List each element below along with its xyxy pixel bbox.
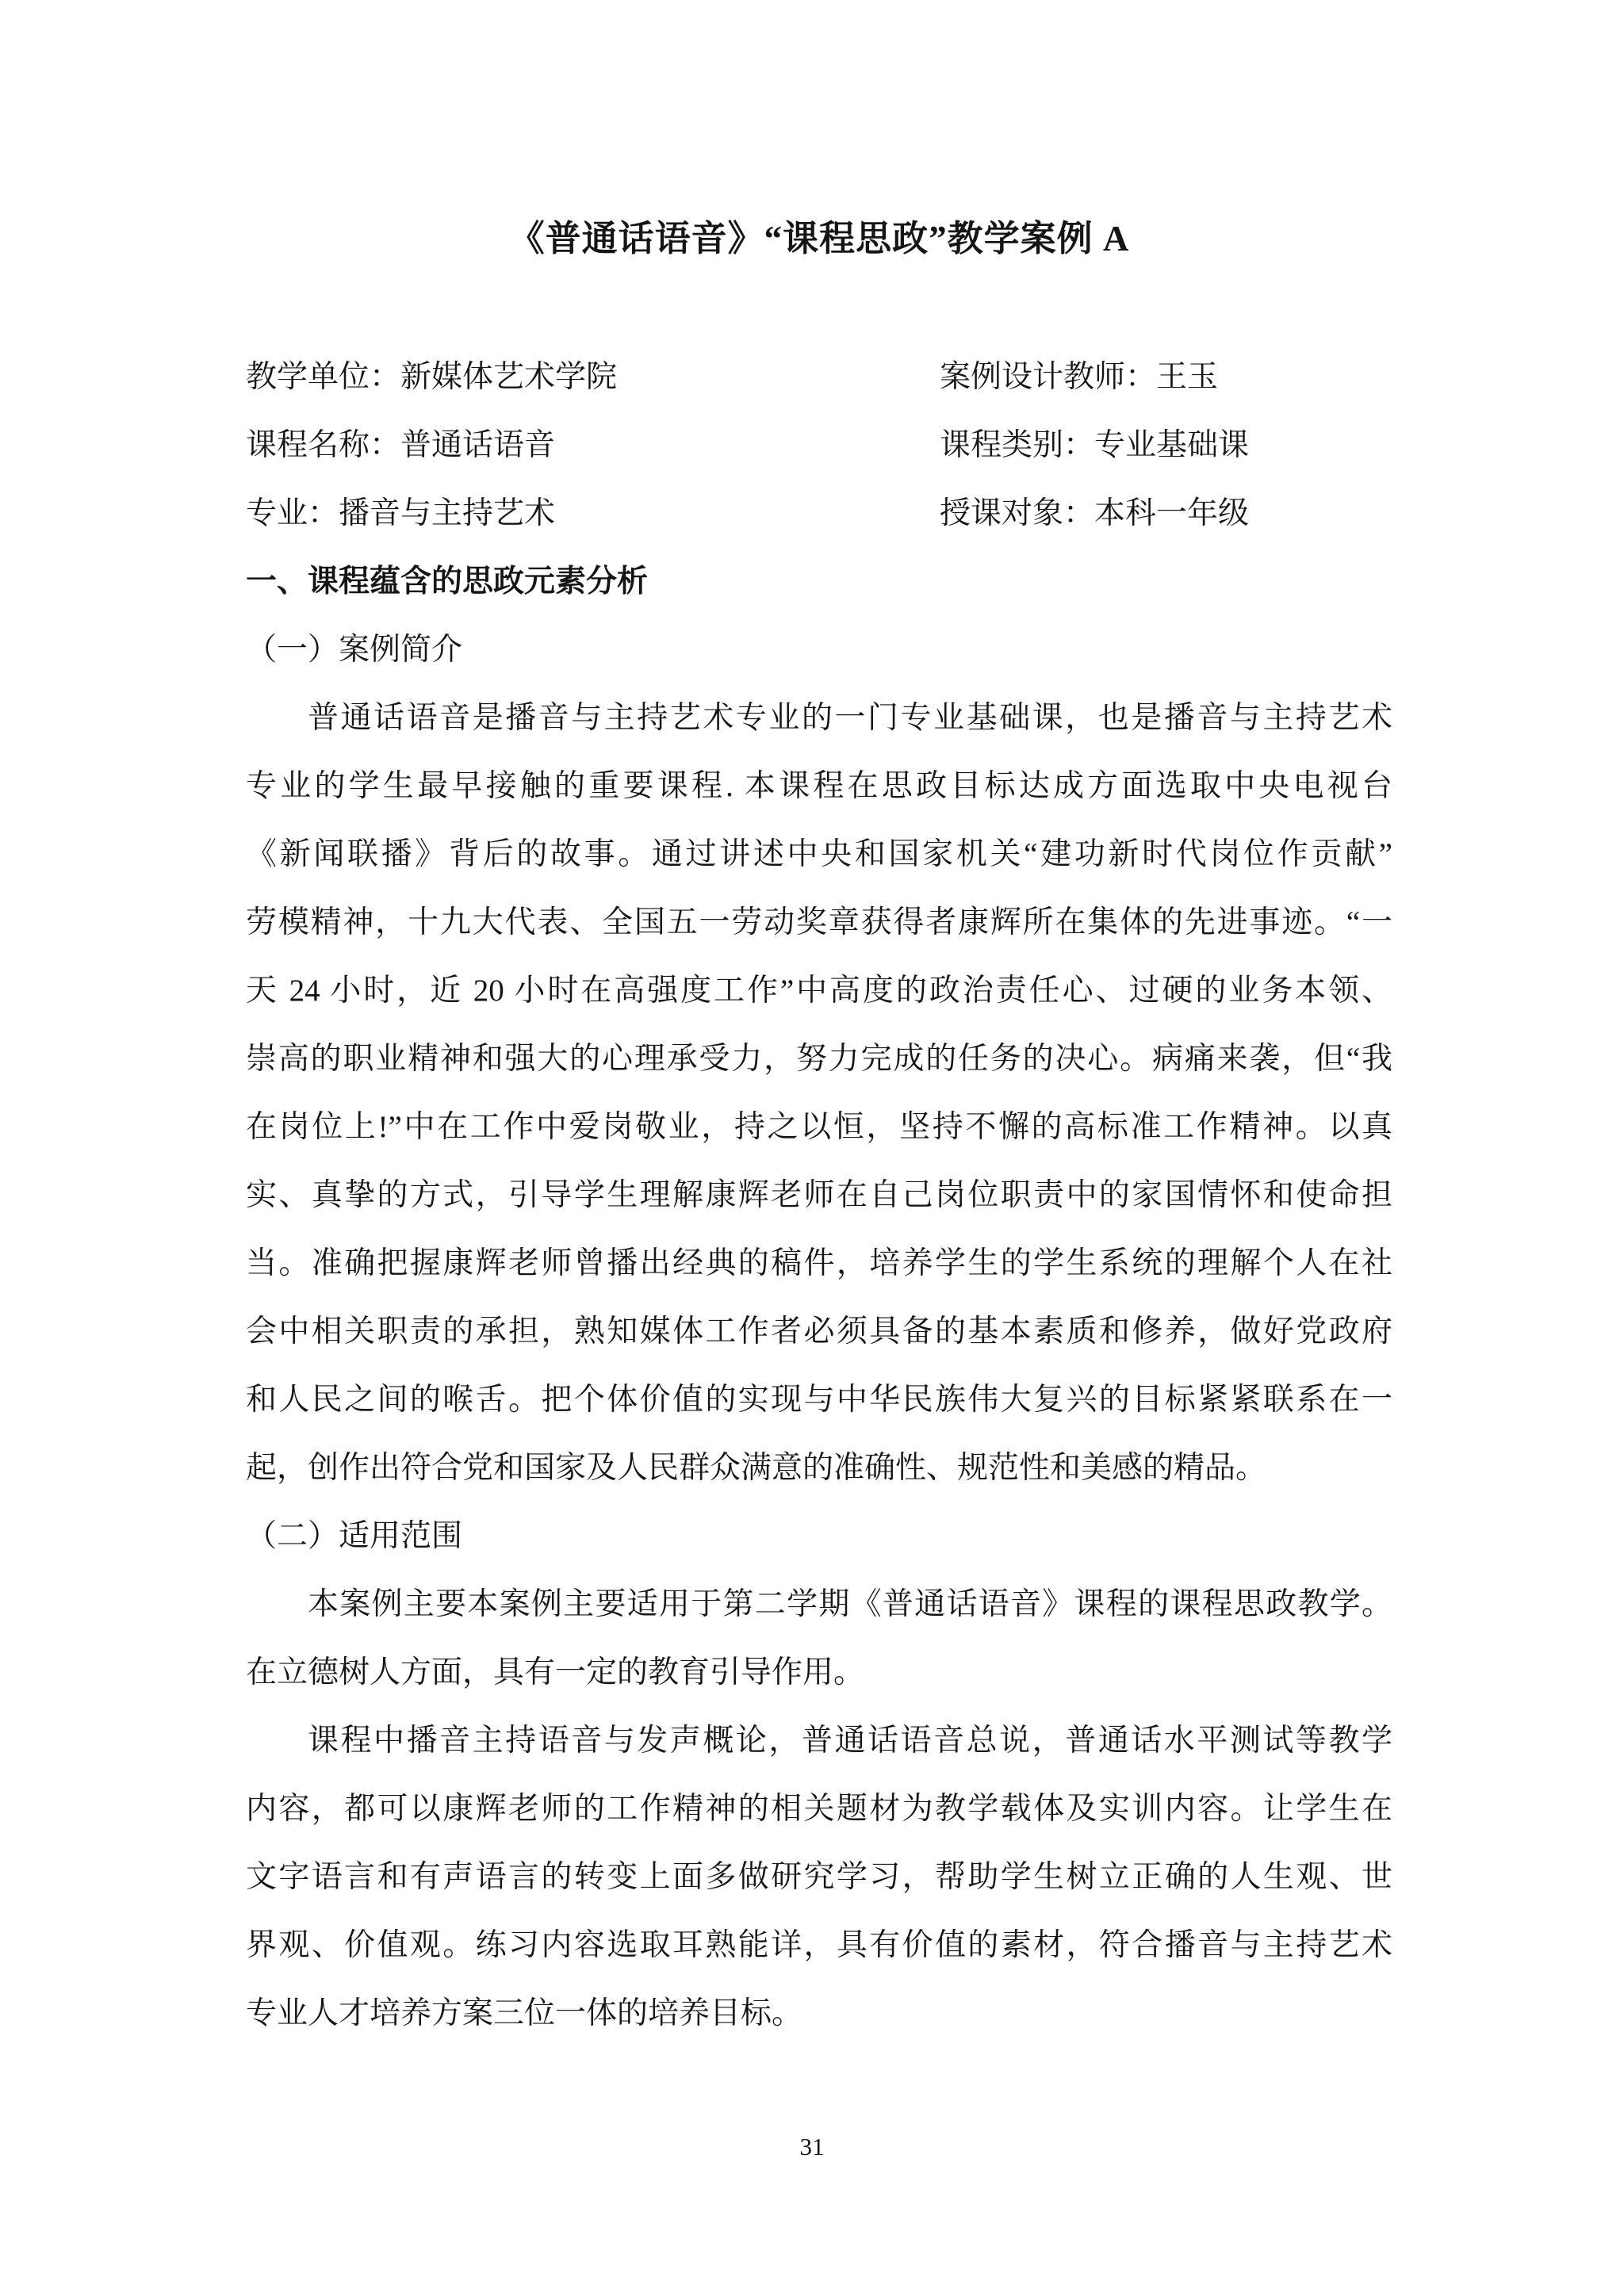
paragraph-line: 当。准确把握康辉老师曾播出经典的稿件，培养学生的学生系统的理解个人在社 xyxy=(246,1230,1392,1298)
course-meta-block: 教学单位：新媒体艺术学院 案例设计教师：王玉 课程名称：普通话语音 课程类别：专… xyxy=(246,343,1392,548)
page-number: 31 xyxy=(0,2131,1624,2163)
paragraph-line: 劳模精神，十九大代表、全国五一劳动奖章获得者康辉所在集体的先进事迹。“一 xyxy=(246,889,1392,957)
paragraph-line: 内容，都可以康辉老师的工作精神的相关题材为教学载体及实训内容。让学生在 xyxy=(246,1775,1392,1843)
paragraph-line: 和人民之间的喉舌。把个体价值的实现与中华民族伟大复兴的目标紧紧联系在一 xyxy=(246,1366,1392,1434)
paragraph-line: 在立德树人方面，具有一定的教育引导作用。 xyxy=(246,1639,1392,1707)
paragraph-line: 《新闻联播》背后的故事。通过讲述中央和国家机关“建功新时代岗位作贡献” xyxy=(246,821,1392,889)
section-heading-ideology-analysis: 一、课程蕴含的思政元素分析 xyxy=(246,548,1392,616)
subsection-heading-case-intro: （一）案例简介 xyxy=(246,616,1392,684)
meta-teaching-unit: 教学单位：新媒体艺术学院 xyxy=(246,343,940,411)
paragraph-line: 起，创作出符合党和国家及人民群众满意的准确性、规范性和美感的精品。 xyxy=(246,1434,1392,1502)
meta-audience: 授课对象：本科一年级 xyxy=(940,480,1392,548)
paragraph-line: 普通话语音是播音与主持艺术专业的一门专业基础课，也是播音与主持艺术 xyxy=(246,684,1392,752)
paragraph-line: 专业人才培养方案三位一体的培养目标。 xyxy=(246,1980,1392,2048)
document-content: 《普通话语音》“课程思政”教学案例 A 教学单位：新媒体艺术学院 案例设计教师：… xyxy=(246,0,1392,2048)
paragraph-line: 崇高的职业精神和强大的心理承受力，努力完成的任务的决心。病痛来袭，但“我 xyxy=(246,1025,1392,1093)
paragraph-line: 界观、价值观。练习内容选取耳熟能详，具有价值的素材，符合播音与主持艺术 xyxy=(246,1911,1392,1980)
paragraph-line: 天 24 小时，近 20 小时在高强度工作”中高度的政治责任心、过硬的业务本领、 xyxy=(246,957,1392,1025)
case-intro-paragraph: 普通话语音是播音与主持艺术专业的一门专业基础课，也是播音与主持艺术专业的学生最早… xyxy=(246,684,1392,1502)
paragraph-line: 在岗位上!”中在工作中爱岗敬业，持之以恒，坚持不懈的高标准工作精神。以真 xyxy=(246,1093,1392,1161)
paragraph-line: 课程中播音主持语音与发声概论，普通话语音总说，普通话水平测试等教学 xyxy=(246,1707,1392,1775)
meta-case-designer: 案例设计教师：王玉 xyxy=(940,343,1392,411)
paragraph-line: 专业的学生最早接触的重要课程. 本课程在思政目标达成方面选取中央电视台 xyxy=(246,752,1392,821)
document-page: 《普通话语音》“课程思政”教学案例 A 教学单位：新媒体艺术学院 案例设计教师：… xyxy=(0,0,1624,2296)
meta-major: 专业：播音与主持艺术 xyxy=(246,480,940,548)
scope-paragraph-2: 课程中播音主持语音与发声概论，普通话语音总说，普通话水平测试等教学内容，都可以康… xyxy=(246,1707,1392,2048)
meta-course-category: 课程类别：专业基础课 xyxy=(940,411,1392,480)
paragraph-line: 本案例主要本案例主要适用于第二学期《普通话语音》课程的课程思政教学。 xyxy=(246,1571,1392,1639)
document-title: 《普通话语音》“课程思政”教学案例 A xyxy=(246,216,1392,262)
subsection-heading-scope: （二）适用范围 xyxy=(246,1502,1392,1571)
paragraph-line: 文字语言和有声语言的转变上面多做研究学习，帮助学生树立正确的人生观、世 xyxy=(246,1843,1392,1911)
scope-paragraph-1: 本案例主要本案例主要适用于第二学期《普通话语音》课程的课程思政教学。在立德树人方… xyxy=(246,1571,1392,1707)
paragraph-line: 会中相关职责的承担，熟知媒体工作者必须具备的基本素质和修养，做好党政府 xyxy=(246,1298,1392,1366)
meta-course-name: 课程名称：普通话语音 xyxy=(246,411,940,480)
paragraph-line: 实、真挚的方式，引导学生理解康辉老师在自己岗位职责中的家国情怀和使命担 xyxy=(246,1161,1392,1230)
